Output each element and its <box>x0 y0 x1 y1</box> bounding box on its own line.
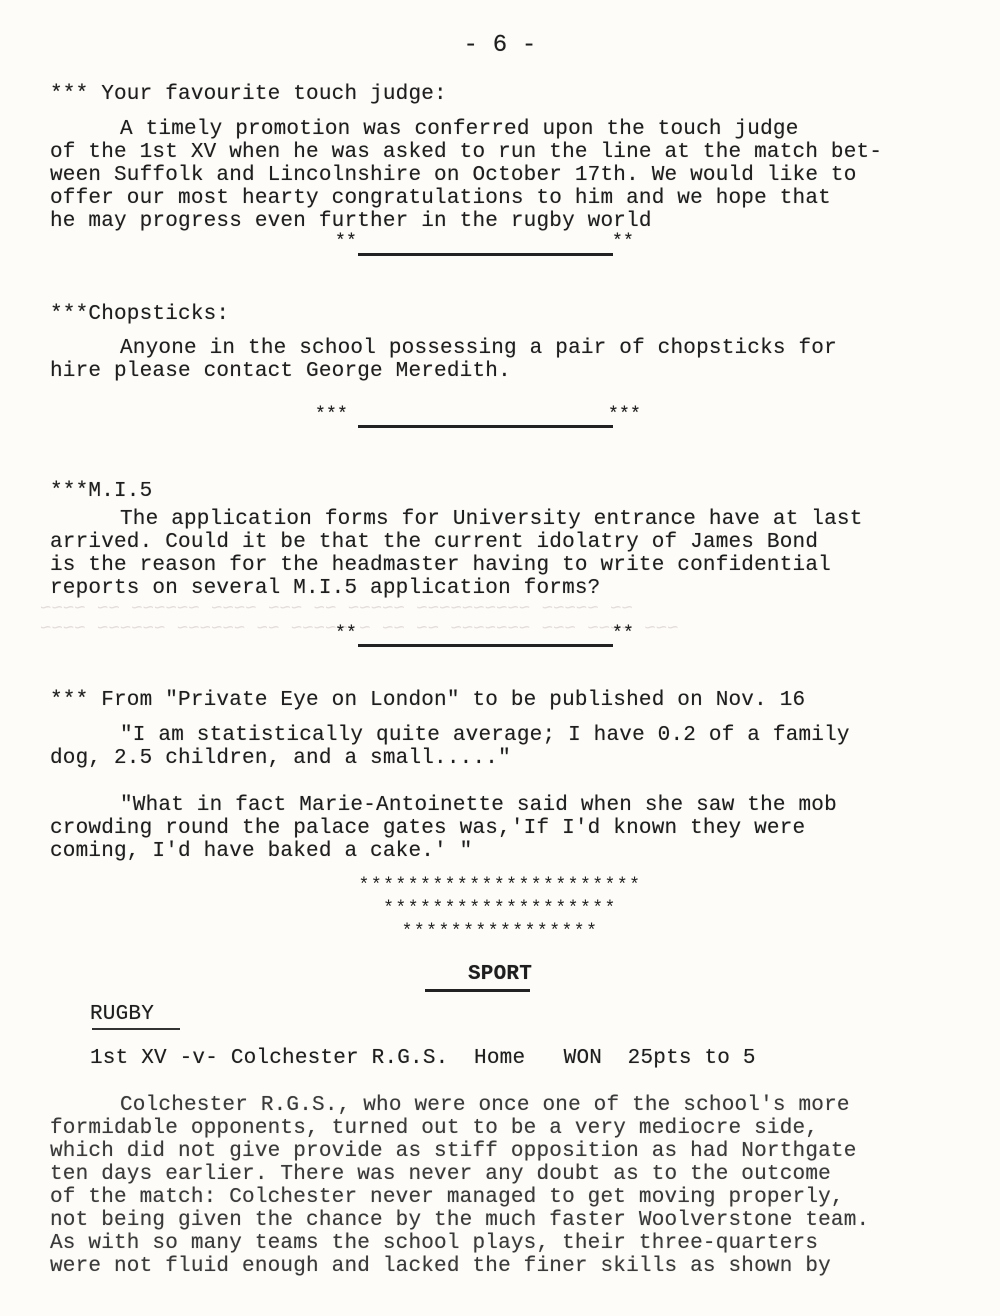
separator-stars-right: ** <box>612 230 634 254</box>
section-heading-touch-judge: *** Your favourite touch judge: <box>50 83 447 107</box>
divider-stars-row: **************** <box>0 922 1000 942</box>
paragraph-line: of the 1st XV when he was asked to run t… <box>50 141 882 165</box>
report-line: which did not give provide as stiff oppo… <box>50 1140 857 1164</box>
document-page: - 6 - *** Your favourite touch judge: A … <box>0 0 1000 1316</box>
quote-line: crowding round the palace gates was,'If … <box>50 817 805 841</box>
paragraph-line: is the reason for the headmaster having … <box>50 554 831 578</box>
bleed-through-text: ~~ ~~~~~ ~~~~~~~~~~ ~~~~~ ~~ ~~~ ~~~~ ~~… <box>40 598 633 620</box>
quote-line: "What in fact Marie-Antoinette said when… <box>120 794 837 818</box>
separator-stars-left: ** <box>335 622 357 646</box>
paragraph-line: arrived. Could it be that the current id… <box>50 531 818 555</box>
paragraph-line: offer our most hearty congratulations to… <box>50 187 831 211</box>
rugby-heading: RUGBY <box>90 1003 154 1027</box>
paragraph-line: ween Suffolk and Lincolnshire on October… <box>50 164 857 188</box>
separator-rule <box>358 644 613 647</box>
rugby-heading-underline <box>92 1028 180 1030</box>
divider-stars-row: *********************** <box>0 876 1000 896</box>
section-heading-private-eye: *** From "Private Eye on London" to be p… <box>50 689 805 713</box>
paragraph-line: The application forms for University ent… <box>120 508 863 532</box>
separator-stars-left: *** <box>315 403 348 427</box>
paragraph-line: hire please contact George Meredith. <box>50 360 511 384</box>
paragraph-line: Anyone in the school possessing a pair o… <box>120 337 837 361</box>
section-heading-chopsticks: ***Chopsticks: <box>50 303 229 327</box>
quote-line: coming, I'd have baked a cake.' " <box>50 840 472 864</box>
quote-line: "I am statistically quite average; I hav… <box>120 724 850 748</box>
page-number: - 6 - <box>0 34 1000 58</box>
separator-rule <box>358 253 613 256</box>
sport-heading-underline <box>425 989 530 992</box>
section-heading-mi5: ***M.I.5 <box>50 480 152 504</box>
bleed-through-text: ~~~ ~~~~ ~~~ ~~~~~~~ ~~ ~~ ~ ~~~~~ ~~ ~~… <box>40 618 679 640</box>
report-line: were not fluid enough and lacked the fin… <box>50 1255 831 1279</box>
report-line: of the match: Colchester never managed t… <box>50 1186 844 1210</box>
separator-stars-right: *** <box>608 403 641 427</box>
separator-stars-right: ** <box>612 622 634 646</box>
quote-line: dog, 2.5 children, and a small....." <box>50 747 511 771</box>
report-line: formidable opponents, turned out to be a… <box>50 1117 818 1141</box>
report-line: Colchester R.G.S., who were once one of … <box>120 1094 850 1118</box>
sport-heading: SPORT <box>0 963 1000 987</box>
paragraph-line: A timely promotion was conferred upon th… <box>120 118 799 142</box>
separator-stars-left: ** <box>335 230 357 254</box>
report-line: As with so many teams the school plays, … <box>50 1232 818 1256</box>
separator-rule <box>358 425 613 428</box>
report-line: not being given the chance by the much f… <box>50 1209 869 1233</box>
fixture-result: 1st XV -v- Colchester R.G.S. Home WON 25… <box>90 1047 756 1071</box>
report-line: ten days earlier. There was never any do… <box>50 1163 831 1187</box>
divider-stars-row: ******************* <box>0 899 1000 919</box>
